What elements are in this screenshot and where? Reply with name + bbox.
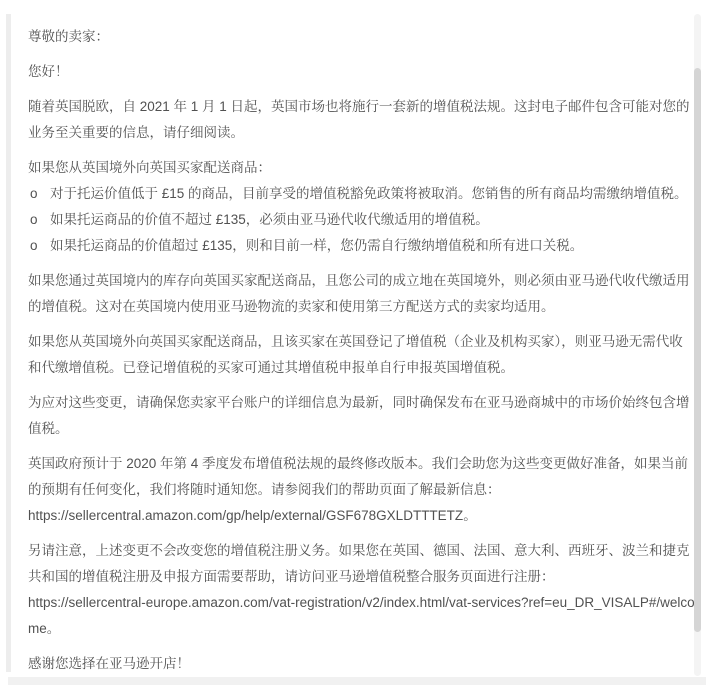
bottom-edge-divider [8, 677, 706, 685]
vat-services-link[interactable]: https://sellercentral-europe.amazon.com/… [28, 595, 695, 636]
paragraph-intro: 随着英国脱欧，自 2021 年 1 月 1 日起，英国市场也将施行一套新的增值税… [28, 94, 696, 146]
vertical-scrollbar-thumb[interactable] [694, 68, 701, 632]
vat-services-link-suffix: 。 [47, 621, 61, 636]
bullet-text: 对于托运价值低于 £15 的商品，目前享受的增值税豁免政策将被取消。您销售的所有… [50, 181, 696, 207]
closing: 感谢您选择在亚马逊开店！ [28, 651, 696, 677]
salutation: 尊敬的卖家： [28, 24, 696, 50]
bullet-item: o 对于托运价值低于 £15 的商品，目前享受的增值税豁免政策将被取消。您销售的… [28, 181, 696, 207]
vertical-scrollbar-track[interactable] [694, 14, 701, 676]
paragraph-registered-buyers: 如果您从英国境外向英国买家配送商品，且该买家在英国登记了增值税（企业及机构买家）… [28, 329, 696, 381]
bullet-text: 如果托运商品的价值不超过 £135，必须由亚马逊代收代缴适用的增值税。 [50, 207, 696, 233]
vat-registration-text: 另请注意，上述变更不会改变您的增值税注册义务。如果您在英国、德国、法国、意大利、… [28, 543, 690, 584]
greeting: 您好！ [28, 59, 696, 85]
help-page-link[interactable]: https://sellercentral.amazon.com/gp/help… [28, 508, 463, 523]
vat-services-link-line: https://sellercentral-europe.amazon.com/… [28, 590, 696, 642]
help-page-link-suffix: 。 [463, 508, 477, 523]
paragraph-legislation-update: 英国政府预计于 2020 年第 4 季度发布增值税法规的最终修改版本。我们会助您… [28, 451, 696, 529]
paragraph-domestic-inventory: 如果您通过英国境内的库存向英国买家配送商品，且您公司的成立地在英国境外，则必须由… [28, 268, 696, 320]
bullet-marker: o [28, 181, 50, 207]
bullet-marker: o [28, 233, 50, 259]
legislation-update-text: 英国政府预计于 2020 年第 4 季度发布增值税法规的最终修改版本。我们会助您… [28, 456, 688, 497]
bullet-text: 如果托运商品的价值超过 £135，则和目前一样，您仍需自行缴纳增值税和所有进口关… [50, 233, 696, 259]
email-body: 尊敬的卖家： 您好！ 随着英国脱欧，自 2021 年 1 月 1 日起，英国市场… [28, 24, 696, 685]
paragraph-action-required: 为应对这些变更，请确保您卖家平台账户的详细信息为最新，同时确保发布在亚马逊商城中… [28, 390, 696, 442]
cross-border-section: 如果您从英国境外向英国买家配送商品： o 对于托运价值低于 £15 的商品，目前… [28, 155, 696, 259]
help-page-link-line: https://sellercentral.amazon.com/gp/help… [28, 503, 696, 529]
bullet-marker: o [28, 207, 50, 233]
email-viewer-pane: 尊敬的卖家： 您好！ 随着英国脱欧，自 2021 年 1 月 1 日起，英国市场… [0, 0, 714, 685]
bullet-item: o 如果托运商品的价值超过 £135，则和目前一样，您仍需自行缴纳增值税和所有进… [28, 233, 696, 259]
bullet-item: o 如果托运商品的价值不超过 £135，必须由亚马逊代收代缴适用的增值税。 [28, 207, 696, 233]
bullet-list: o 对于托运价值低于 £15 的商品，目前享受的增值税豁免政策将被取消。您销售的… [28, 181, 696, 259]
left-edge-divider [6, 14, 11, 672]
paragraph-vat-registration: 另请注意，上述变更不会改变您的增值税注册义务。如果您在英国、德国、法国、意大利、… [28, 538, 696, 642]
bullet-list-intro: 如果您从英国境外向英国买家配送商品： [28, 155, 696, 181]
